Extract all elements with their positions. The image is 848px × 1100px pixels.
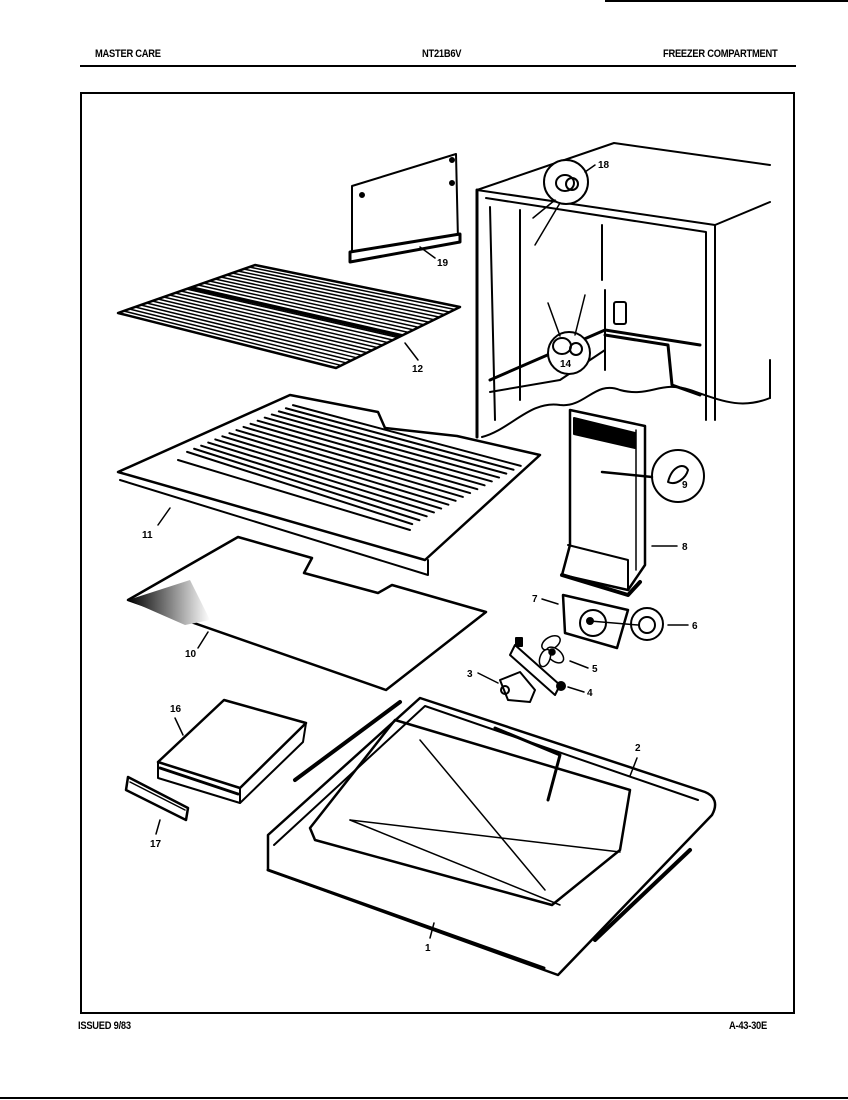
callout-16: 16 16 <box>170 704 183 735</box>
page-bottom-rule <box>0 1097 848 1099</box>
callout-7: 7 <box>532 594 558 605</box>
svg-text:5: 5 <box>592 664 598 675</box>
callout-11: 11 <box>142 508 170 541</box>
svg-text:11: 11 <box>142 530 153 541</box>
svg-text:17: 17 <box>150 839 162 850</box>
wire-shelf-part <box>118 265 460 368</box>
evaporator-cover-part <box>562 410 645 595</box>
callout-12: 12 <box>405 343 424 375</box>
svg-text:8: 8 <box>682 542 688 553</box>
callout-14: 14 <box>548 295 590 374</box>
svg-text:3: 3 <box>467 669 473 680</box>
svg-text:16: 16 <box>170 704 182 715</box>
svg-text:12: 12 <box>412 364 424 375</box>
svg-text:7: 7 <box>532 594 538 605</box>
baffle-part <box>350 154 460 262</box>
document-code: A-43-30E <box>729 1020 767 1032</box>
ice-bin-part <box>158 700 306 803</box>
svg-text:14: 14 <box>560 359 572 370</box>
svg-text:19: 19 <box>437 258 449 269</box>
callout-5: 5 <box>570 661 598 675</box>
fan-blade-part <box>537 633 566 668</box>
callout-18: 18 <box>533 160 610 245</box>
freezer-cabinet <box>477 143 770 437</box>
svg-text:1: 1 <box>425 943 431 954</box>
exploded-diagram: 19 12 18 <box>0 0 848 1100</box>
svg-text:18: 18 <box>598 160 610 171</box>
svg-text:9: 9 <box>682 480 688 491</box>
callout-3: 3 <box>467 669 498 683</box>
callout-19: 19 <box>420 247 449 269</box>
callout-10: 10 <box>185 632 208 660</box>
freezer-floor-part <box>268 698 715 975</box>
svg-text:4: 4 <box>587 688 593 699</box>
callout-4: 4 <box>568 687 593 699</box>
callout-8: 8 <box>652 542 688 553</box>
svg-text:10: 10 <box>185 649 197 660</box>
callout-17: 17 <box>150 820 162 850</box>
svg-text:2: 2 <box>635 743 641 754</box>
divider-panel-part <box>128 537 486 690</box>
issue-date: ISSUED 9/83 <box>78 1020 131 1032</box>
svg-text:6: 6 <box>692 621 698 632</box>
